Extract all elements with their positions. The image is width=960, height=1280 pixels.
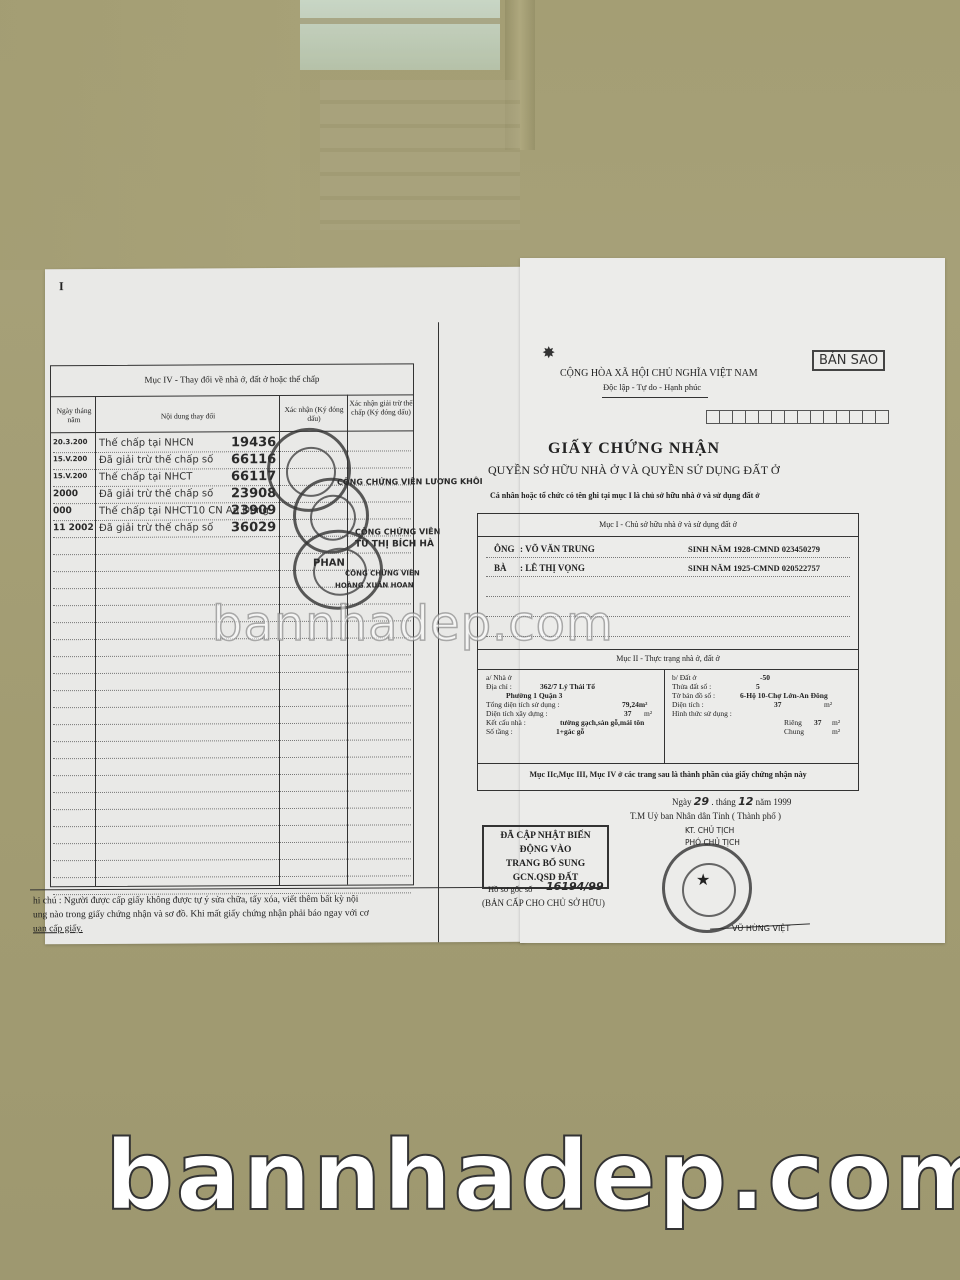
owner1-info: SINH NĂM 1928-CMND 023450279 xyxy=(688,544,820,554)
col-date-header: Ngày tháng năm xyxy=(53,406,95,424)
serial-number-boxes xyxy=(707,410,889,424)
private-value: 37 xyxy=(814,718,822,727)
land-heading-value: -50 xyxy=(760,673,770,682)
issue-date: Ngày 29 . tháng 12 năm 1999 xyxy=(672,795,791,808)
owner-copy-label: (BẢN CẤP CHO CHỦ SỞ HỮU) xyxy=(482,898,605,908)
floors-value: 1+gác gỗ xyxy=(556,727,584,736)
page-mark: I xyxy=(59,279,64,294)
shared-label: Chung xyxy=(784,727,804,736)
build-area-unit: m² xyxy=(644,709,652,718)
owner-info-table: Mục I - Chủ sở hữu nhà ở và sử dụng đất … xyxy=(477,513,859,791)
col-release-header: Xác nhận giải trừ thế chấp (Ký đóng dấu) xyxy=(349,398,413,416)
star-icon: ★ xyxy=(696,870,710,890)
private-unit: m² xyxy=(832,718,840,727)
col-content-header: Nội dung thay đổi xyxy=(97,411,279,421)
background-wall xyxy=(0,0,300,270)
row-date: 20.3.200 xyxy=(53,438,88,446)
background-window xyxy=(300,0,500,70)
copy-stamp: BẢN SAO xyxy=(812,350,885,371)
owner2-name: : LÊ THỊ VỌNG xyxy=(520,563,585,573)
country-name: CỘNG HÒA XÃ HỘI CHỦ NGHĨA VIỆT NAM xyxy=(560,368,758,379)
kt-chairman: KT. CHỦ TỊCH xyxy=(685,826,734,835)
emblem-icon: ✸ xyxy=(542,343,555,363)
total-area-label: Tổng diện tích sử dụng : xyxy=(486,700,559,709)
row-date: 15.V.200 xyxy=(53,472,87,480)
row-content: Đã giải trừ thế chấp số xyxy=(99,488,213,500)
intro-text: Cá nhân hoặc tổ chức có tên ghi tại mục … xyxy=(490,491,760,500)
map-value: 6-Hộ 10-Chợ Lớn-An Đông xyxy=(740,691,828,700)
floors-label: Số tầng : xyxy=(486,727,513,736)
signer-name: VŨ HÙNG VIỆT xyxy=(732,924,790,933)
usage-label: Hình thức sử dụng : xyxy=(672,709,732,718)
land-area-value: 37 xyxy=(774,700,782,709)
record-label: Hồ sơ gốc số xyxy=(488,884,532,894)
plot-value: 5 xyxy=(756,682,760,691)
shared-unit: m² xyxy=(832,727,840,736)
stamp1-text: CÔNG CHỨNG VIÊN LƯƠNG KHÔI xyxy=(337,477,483,487)
row-number: 19436 xyxy=(231,435,276,450)
footer-note: Mục IIc,Mục III, Mục IV ở các trang sau … xyxy=(478,770,858,779)
land-area-label: Diện tích : xyxy=(672,700,704,709)
row-content: Đã giải trừ thế chấp số xyxy=(99,454,213,466)
owner1-name: : VÕ VĂN TRUNG xyxy=(520,544,595,554)
certificate-subtitle: QUYỀN SỞ HỮU NHÀ Ở VÀ QUYỀN SỬ DỤNG ĐẤT … xyxy=(488,463,780,478)
col-confirm-header: Xác nhận (Ký đóng dấu) xyxy=(281,405,347,423)
structure-label: Kết cấu nhà : xyxy=(486,718,526,727)
map-label: Tờ bản đồ số : xyxy=(672,691,715,700)
note-text: hi chú : Người được cấp giấy không được … xyxy=(33,893,369,937)
motto: Độc lập - Tự do - Hạnh phúc xyxy=(603,382,701,392)
authority: T.M Uỷ ban Nhân dân Tỉnh ( Thành phố ) xyxy=(630,811,781,821)
total-area-value: 79,24m² xyxy=(622,700,647,709)
address-value-2: Phường 1 Quận 3 xyxy=(506,691,562,700)
structure-value: tường gạch,sàn gỗ,mái tôn xyxy=(560,718,644,727)
row-date: 2000 xyxy=(53,489,78,499)
owner2-prefix: BÀ xyxy=(494,563,507,573)
section-iv-title: Mục IV - Thay đổi về nhà ở, đất ở hoặc t… xyxy=(51,373,413,385)
owner2-info: SINH NĂM 1925-CMND 020522757 xyxy=(688,563,820,573)
row-content: Đã giải trừ thế chấp số xyxy=(99,522,213,534)
owner1-prefix: ÔNG xyxy=(494,544,515,554)
stamp2-line2: TỪ THỊ BÍCH HÀ xyxy=(355,539,434,549)
private-label: Riêng xyxy=(784,718,802,727)
background-stairs xyxy=(320,80,520,230)
row-date: 000 xyxy=(53,506,72,516)
stamp3-line3: HOÀNG XUÂN HOAN xyxy=(335,581,414,589)
address-label: Địa chỉ : xyxy=(486,682,512,691)
section-i-title: Mục I - Chủ sở hữu nhà ở và sử dụng đất … xyxy=(478,520,858,529)
row-date: 11 2002 xyxy=(53,523,94,533)
watermark-caption: bannhadep.com xyxy=(105,1120,960,1232)
section-ii-title: Mục II - Thực trạng nhà ở, đất ở xyxy=(478,654,858,663)
stamp2-line1: CÔNG CHỨNG VIÊN xyxy=(355,527,440,536)
stamp3-line1: PHAN xyxy=(313,558,345,569)
record-value: 16194/99 xyxy=(546,880,604,893)
certificate-title: GIẤY CHỨNG NHẬN xyxy=(548,440,720,458)
land-heading: b/ Đất ở xyxy=(672,673,696,682)
build-area-label: Diện tích xây dựng : xyxy=(486,709,548,718)
row-number: 23909 xyxy=(231,503,276,518)
house-heading: a/ Nhà ở xyxy=(486,673,512,682)
land-area-unit: m² xyxy=(824,700,832,709)
row-number: 36029 xyxy=(231,520,276,535)
watermark-overlay: bannhadep.com xyxy=(212,596,614,652)
row-content: Thế chấp tại NHCT xyxy=(99,471,192,482)
build-area-value: 37 xyxy=(624,709,632,718)
address-value: 362/7 Lý Thái Tổ xyxy=(540,682,595,691)
row-date: 15.V.200 xyxy=(53,455,87,463)
row-content: Thế chấp tại NHCN xyxy=(99,437,194,448)
stamp3-line2: CÔNG CHỨNG VIÊN xyxy=(345,569,420,577)
row-number: 23908 xyxy=(231,486,276,501)
plot-label: Thửa đất số : xyxy=(672,682,711,691)
